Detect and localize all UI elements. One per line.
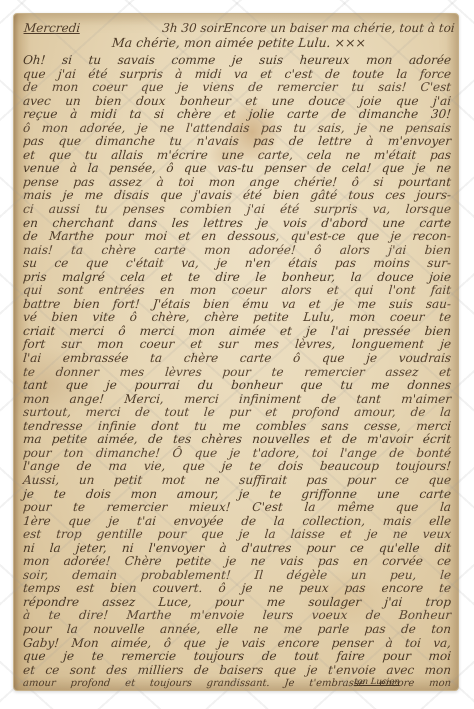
letter-line: Oh! si tu savais comme je suis heureux m… [22, 54, 451, 68]
letter-line: temps est bien couvert. ô je ne peux pas… [22, 582, 451, 596]
letter-line: qui sont entrées en mon coeur alors et q… [22, 284, 451, 298]
letter-line: de mon coeur que je viens de remercier t… [22, 81, 451, 95]
letter-line: est trop gentille pour que je la laisse … [22, 528, 451, 542]
letter-paper: Mercredi 3h 30 soir Encore un baiser ma … [13, 13, 459, 691]
letter-line: su ce que c'était va, je n'en étais pas … [22, 257, 451, 271]
letter-signature: ton Lucien [354, 677, 401, 687]
letter-line: surtout, merci de tout le pur et profond… [22, 406, 451, 420]
letter-line: mon adorée! Chère petite je ne vais pas … [22, 555, 451, 569]
letter-line: pour te remercier mieux! C'est la même q… [22, 501, 451, 515]
letter-line: venue à la pensée, ô que vas-tu penser d… [22, 162, 451, 176]
letter-line: mais je me disais que j'avais été bien g… [22, 189, 451, 203]
letter-line: que je te remercie toujours de tout fair… [22, 650, 451, 664]
letter-line: ma petite aimée, de tes chères nouvelles… [22, 433, 451, 447]
letter-header: Mercredi 3h 30 soir Encore un baiser ma … [23, 21, 450, 35]
letter-day: Mercredi [23, 21, 80, 35]
letter-line: l'ange de ma vie, que je te dois beaucou… [22, 460, 451, 474]
letter-line: de Marthe pour moi et en dessous, qu'est… [22, 230, 451, 244]
letter-line: reçue à midi ta si chère et jolie carte … [22, 108, 451, 122]
letter-time: 3h 30 soir [162, 21, 224, 35]
letter-line: Aussi, un petit mot ne suffirait pas pou… [22, 474, 451, 488]
letter-line: fort sur mon coeur et sur mes lèvres, lo… [22, 338, 451, 352]
letter-line: et ce sont des milliers de baisers que j… [22, 664, 451, 678]
letter-line: pour la nouvelle année, elle ne me parle… [22, 623, 451, 637]
letter-line: ci aussi tu penses combien j'ai été surp… [22, 203, 451, 217]
letter-line: vé bien vite ô chère, chère petite Lulu,… [22, 311, 451, 325]
letter-line: l'ai embrassée ta chère carte ô que je v… [22, 352, 451, 366]
letter-line: je te dois mon amour, je te griffonne un… [22, 488, 451, 502]
letter-header-note: Encore un baiser ma chérie, tout à toi [223, 21, 456, 35]
letter-salutation: Ma chérie, mon aimée petite Lulu. ××× [111, 35, 366, 50]
letter-line: à te dire! Marthe m'envoie leurs voeux d… [22, 609, 451, 623]
letter-line: tant que je pourrai du bonheur que tu me… [22, 379, 451, 393]
photo-background: Mercredi 3h 30 soir Encore un baiser ma … [0, 0, 474, 709]
letter-line: pas que dimanche tu n'avais pas de lettr… [22, 135, 451, 149]
letter-body: Oh! si tu savais comme je suis heureux m… [23, 54, 451, 690]
